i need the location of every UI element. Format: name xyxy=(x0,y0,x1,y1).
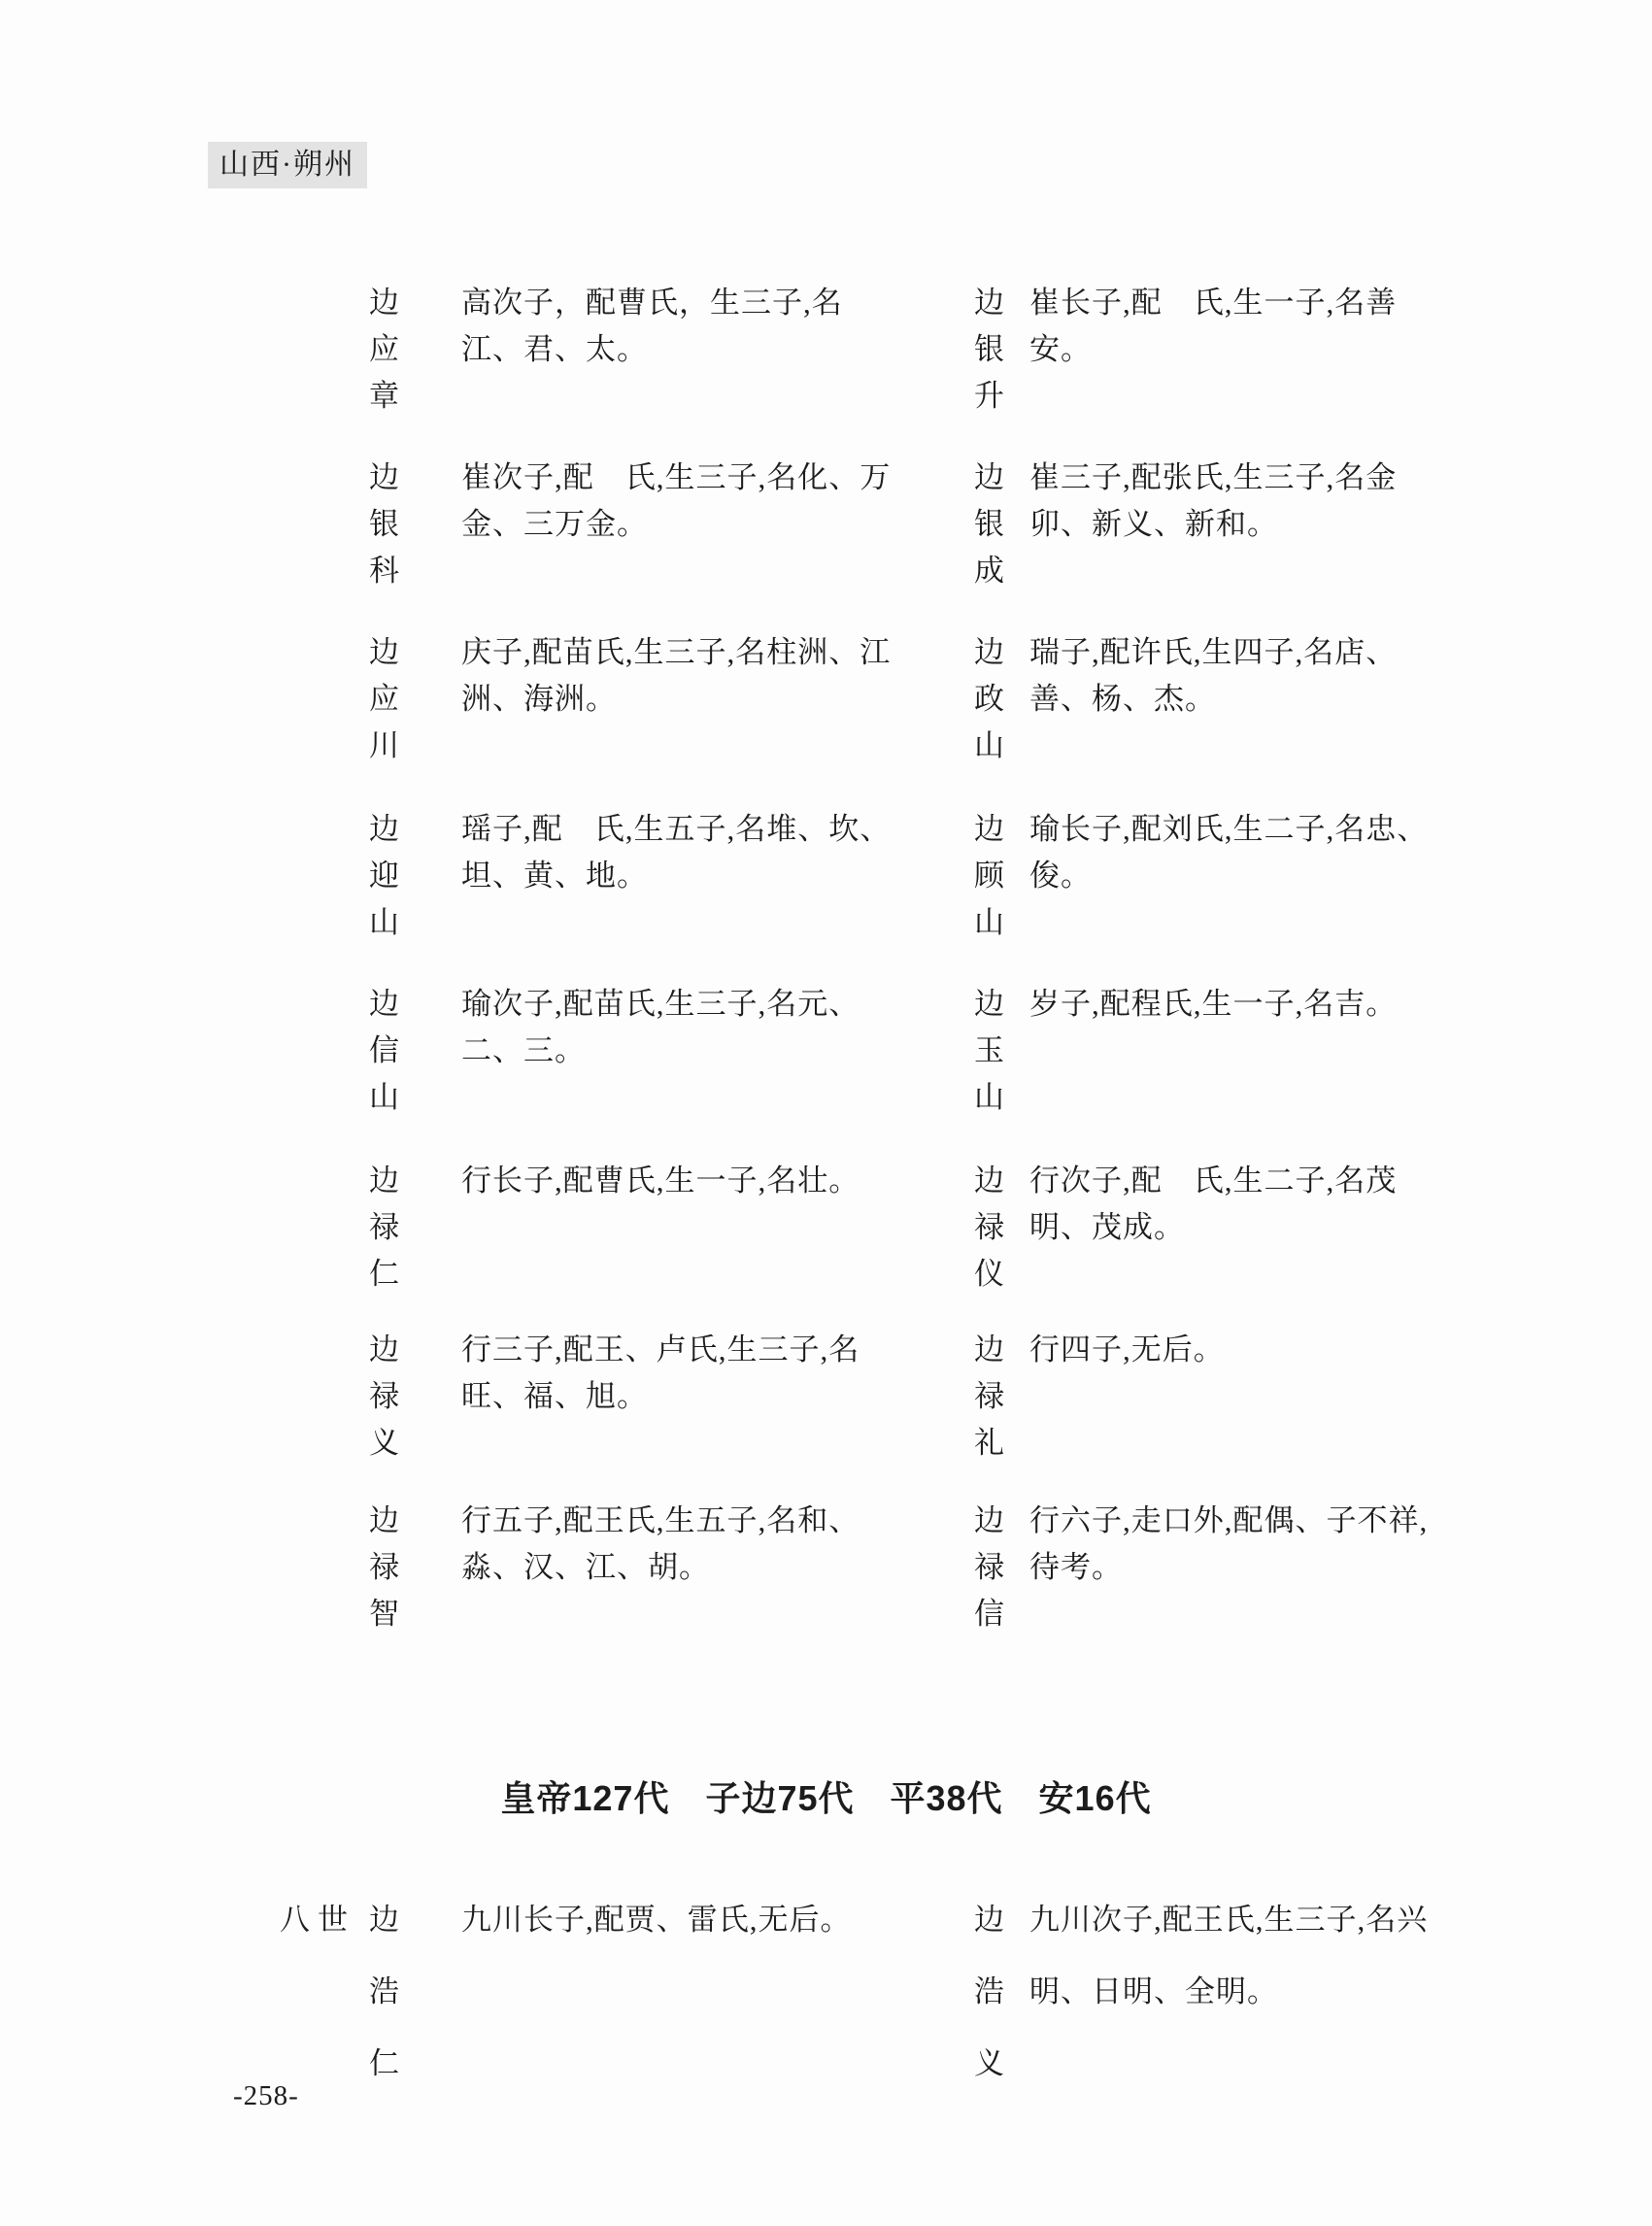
genealogy-book-page: 山西·朔州 边应章 高次子，配曹氏，生三子,名江、君、太。 边银升 崔长子,配 … xyxy=(0,0,1652,2226)
ancestor-name-left: 边浩仁 xyxy=(369,1884,401,2100)
entry-text-left: 九川长子,配贾、雷氏,无后。 xyxy=(461,1884,896,1956)
ancestor-name-right: 边玉山 xyxy=(974,981,1006,1121)
entry-text-left: 行五子,配王氏,生五子,名和、淼、汉、江、胡。 xyxy=(461,1498,896,1591)
entry-text-right: 瑞子,配许氏,生四子,名店、善、杨、杰。 xyxy=(1029,629,1455,723)
entry-text-right: 岁子,配程氏,生一子,名吉。 xyxy=(1029,981,1455,1028)
ancestor-name-left: 边禄义 xyxy=(369,1327,401,1467)
ancestor-name-right: 边浩义 xyxy=(974,1884,1006,2100)
generation-summary-heading: 皇帝127代 子边75代 平38代 安16代 xyxy=(0,1771,1652,1821)
entry-text-right: 崔三子,配张氏,生三子,名金卯、新义、新和。 xyxy=(1029,455,1455,548)
entry-text-left: 行长子,配曹氏,生一子,名壮。 xyxy=(461,1158,896,1204)
entry-text-right: 九川次子,配王氏,生三子,名兴明、日明、全明。 xyxy=(1029,1884,1455,2028)
ancestor-name-right: 边政山 xyxy=(974,629,1006,769)
ancestor-name-left: 边禄智 xyxy=(369,1498,401,1637)
ancestor-name-right: 边禄仪 xyxy=(974,1158,1006,1298)
entry-text-right: 行四子,无后。 xyxy=(1029,1327,1455,1373)
ancestor-name-left: 边应川 xyxy=(369,629,401,769)
entry-text-left: 瑜次子,配苗氏,生三子,名元、二、三。 xyxy=(461,981,896,1074)
entry-text-left: 行三子,配王、卢氏,生三子,名旺、福、旭。 xyxy=(461,1327,896,1420)
ancestor-name-right: 边银升 xyxy=(974,280,1006,420)
entry-text-left: 崔次子,配 氏,生三子,名化、万金、三万金。 xyxy=(461,455,896,548)
entry-text-right: 行六子,走口外,配偶、子不祥,待考。 xyxy=(1029,1498,1455,1591)
ancestor-name-right: 边银成 xyxy=(974,455,1006,594)
entry-text-right: 瑜长子,配刘氏,生二子,名忠、俊。 xyxy=(1029,806,1455,899)
ancestor-name-left: 边禄仁 xyxy=(369,1158,401,1298)
entry-text-left: 高次子，配曹氏，生三子,名江、君、太。 xyxy=(461,280,896,373)
entry-text-left: 瑶子,配 氏,生五子,名堆、坎、坦、黄、地。 xyxy=(461,806,896,899)
page-number: -258- xyxy=(233,2080,299,2112)
entry-text-left: 庆子,配苗氏,生三子,名柱洲、江洲、海洲。 xyxy=(461,629,896,723)
entry-text-right: 崔长子,配 氏,生一子,名善安。 xyxy=(1029,280,1455,373)
ancestor-name-left: 边应章 xyxy=(369,280,401,420)
ancestor-name-right: 边顾山 xyxy=(974,806,1006,946)
ancestor-name-right: 边禄信 xyxy=(974,1498,1006,1637)
ancestor-name-left: 边信山 xyxy=(369,981,401,1121)
region-header-badge: 山西·朔州 xyxy=(208,142,367,188)
entry-text-right: 行次子,配 氏,生二子,名茂明、茂成。 xyxy=(1029,1158,1455,1251)
ancestor-name-left: 边迎山 xyxy=(369,806,401,946)
ancestor-name-left: 边银科 xyxy=(369,455,401,594)
ancestor-name-right: 边禄礼 xyxy=(974,1327,1006,1467)
generation-label: 八世 xyxy=(280,1884,355,1956)
